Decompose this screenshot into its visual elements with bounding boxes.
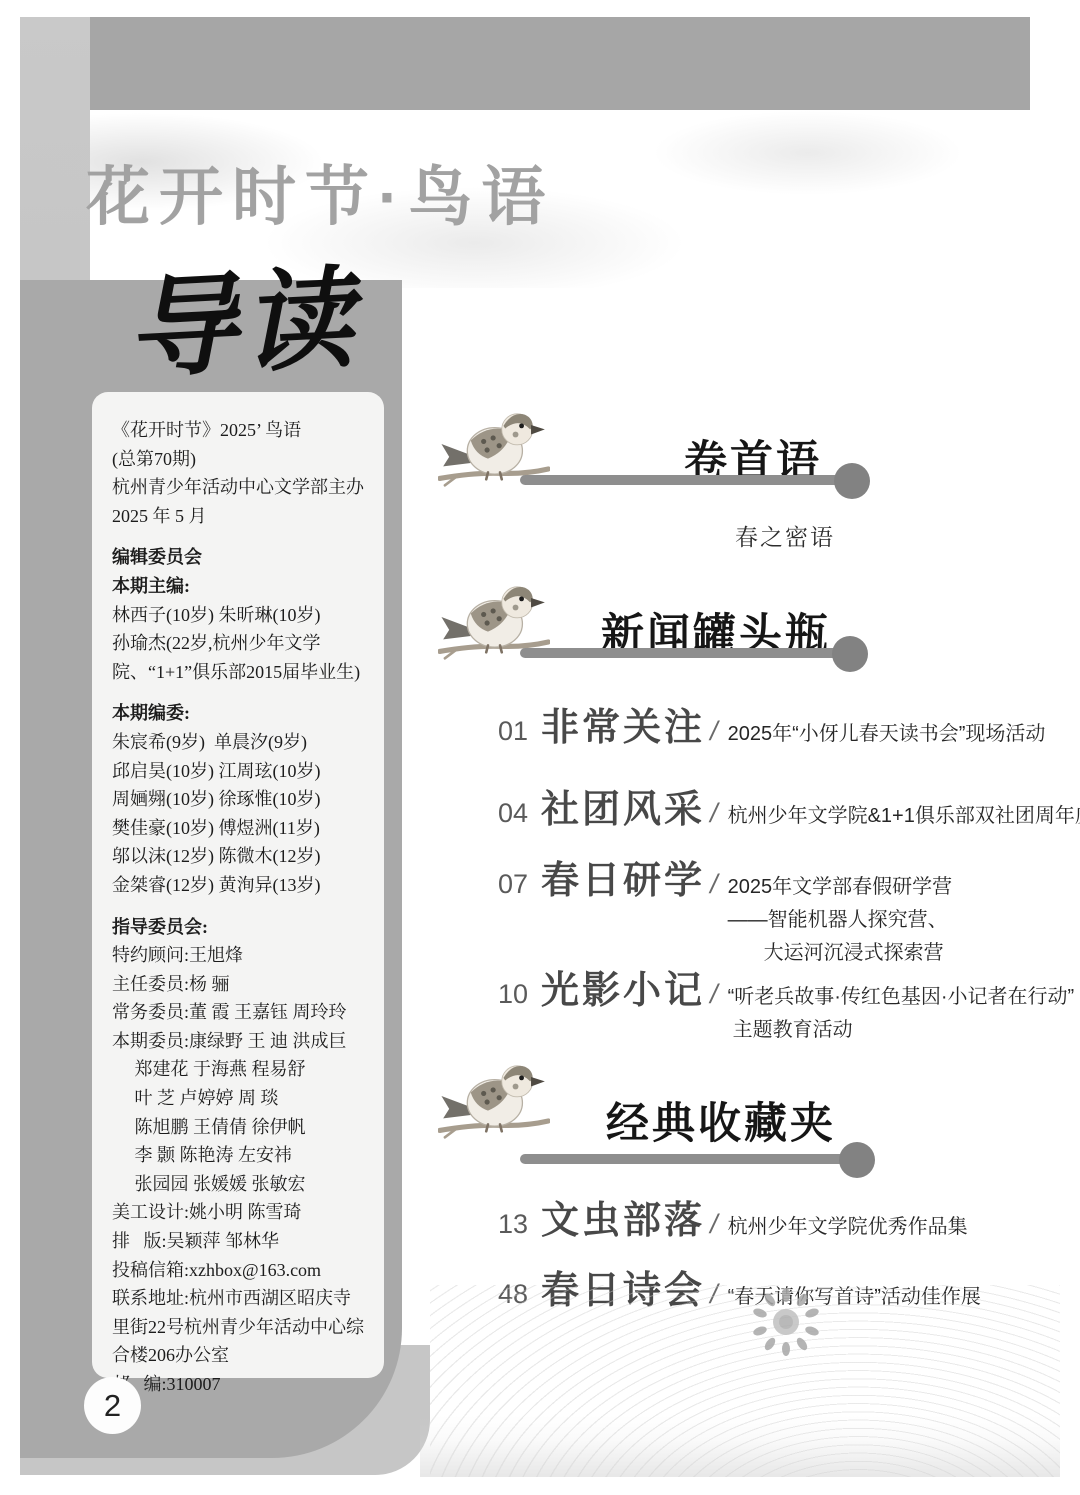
colophon-line: (总第70期) bbox=[112, 445, 374, 474]
colophon-line: 特约顾问:王旭烽 bbox=[112, 941, 374, 970]
colophon-line: 陈旭鹏 王倩倩 徐伊帆 bbox=[112, 1113, 374, 1142]
colophon-line: 投稿信箱:xzhbox@163.com bbox=[112, 1256, 374, 1285]
section-rule-dot bbox=[834, 463, 870, 499]
toc-entry: 10 光影小记 / “听老兵故事·传红色基因·小记者在行动” 主题教育活动 bbox=[498, 959, 1074, 1047]
section-rule bbox=[520, 648, 842, 658]
colophon-line: 邬以沫(12岁) 陈微木(12岁) bbox=[112, 842, 374, 871]
toc-page-number: 07 bbox=[498, 869, 528, 900]
toc-description: 杭州少年文学院优秀作品集 bbox=[728, 1211, 968, 1244]
colophon-line: 林西子(10岁) 朱昕琳(10岁) bbox=[112, 601, 374, 630]
colophon-line: 指导委员会: bbox=[112, 913, 374, 942]
colophon-line: 杭州青少年活动中心文学部主办 bbox=[112, 473, 374, 502]
colophon-line: 朱宸希(9岁) 单晨汐(9岁) bbox=[112, 728, 374, 757]
colophon-box: 《花开时节》2025’ 鸟语 (总第70期) 杭州青少年活动中心文学部主办 20… bbox=[92, 392, 384, 1378]
colophon-line: 编辑委员会 bbox=[112, 543, 374, 572]
toc-separator: / bbox=[710, 716, 718, 747]
colophon-line: 常务委员:董 霞 王嘉钰 周玲玲 bbox=[112, 998, 374, 1027]
toc-description-line: 杭州少年文学院&1+1俱乐部双社团周年庆 bbox=[728, 800, 1080, 833]
toc-separator: / bbox=[710, 979, 718, 1010]
toc-description-line: 2025年“小伢儿春天读书会”现场活动 bbox=[728, 718, 1046, 751]
flower-burst-icon bbox=[750, 1286, 822, 1358]
top-gray-band bbox=[90, 17, 1030, 110]
section-rule-dot bbox=[839, 1142, 875, 1178]
colophon-line: 金桀睿(12岁) 黄洵异(13岁) bbox=[112, 871, 374, 900]
toc-column-title: 文虫部落 bbox=[541, 1189, 705, 1244]
colophon-line: 联系地址:杭州市西湖区昭庆寺 bbox=[112, 1284, 374, 1313]
toc-page-number: 10 bbox=[498, 979, 528, 1010]
colophon-line: 樊佳豪(10岁) 傅煜洲(11岁) bbox=[112, 814, 374, 843]
page-number-badge: 2 bbox=[84, 1377, 141, 1434]
colophon-line: 2025 年 5 月 bbox=[112, 502, 374, 531]
toc-column-title: 非常关注 bbox=[541, 696, 705, 751]
colophon-line: 排 版:吴颖萍 邹林华 bbox=[112, 1227, 374, 1256]
colophon-line: 周婳翙(10岁) 徐琢惟(10岁) bbox=[112, 785, 374, 814]
preface-article-title: 春之密语 bbox=[735, 519, 835, 552]
toc-description-line: 2025年文学部春假研学营 bbox=[728, 871, 953, 904]
toc-column-title: 社团风采 bbox=[541, 778, 705, 833]
section-title-classics: 经典收藏夹 bbox=[606, 1090, 836, 1151]
toc-description: “听老兵故事·传红色基因·小记者在行动” 主题教育活动 bbox=[728, 981, 1075, 1047]
toc-column-title: 光影小记 bbox=[541, 959, 705, 1014]
section-rule bbox=[520, 475, 842, 485]
colophon-line: 叶 芝 卢婷婷 周 琰 bbox=[112, 1084, 374, 1113]
toc-page-number: 04 bbox=[498, 798, 528, 829]
toc-description: 2025年“小伢儿春天读书会”现场活动 bbox=[728, 718, 1046, 751]
colophon-line: 美工设计:姚小明 陈雪琦 bbox=[112, 1198, 374, 1227]
toc-entry: 04 社团风采 / 杭州少年文学院&1+1俱乐部双社团周年庆 bbox=[498, 778, 1080, 833]
sparrow-on-branch-icon bbox=[438, 1058, 550, 1140]
colophon-line: 院、“1+1”俱乐部2015届毕业生) bbox=[112, 658, 374, 687]
toc-description-line: ——智能机器人探究营、 bbox=[728, 904, 953, 937]
toc-separator: / bbox=[710, 869, 718, 900]
toc-page-number: 01 bbox=[498, 716, 528, 747]
toc-entry: 07 春日研学 / 2025年文学部春假研学营 ——智能机器人探究营、 大运河沉… bbox=[498, 849, 952, 970]
colophon-line: 本期主编: bbox=[112, 572, 374, 601]
page-title: 导读 bbox=[122, 230, 362, 400]
toc-description: 2025年文学部春假研学营 ——智能机器人探究营、 大运河沉浸式探索营 bbox=[728, 871, 953, 970]
colophon-line: 邱启昊(10岁) 江周玹(10岁) bbox=[112, 757, 374, 786]
colophon-line: 主任委员:杨 骊 bbox=[112, 970, 374, 999]
toc-separator: / bbox=[710, 798, 718, 829]
toc-description: 杭州少年文学院&1+1俱乐部双社团周年庆 bbox=[728, 800, 1080, 833]
colophon-line: 邮 编:310007 bbox=[112, 1370, 374, 1399]
colophon-line: 本期编委: bbox=[112, 699, 374, 728]
series-title: 花开时节·鸟语 bbox=[86, 146, 554, 238]
toc-description-line: 杭州少年文学院优秀作品集 bbox=[728, 1211, 968, 1244]
section-rule bbox=[520, 1154, 848, 1164]
mist-texture bbox=[420, 1415, 1060, 1477]
colophon-line: 本期委员:康绿野 王 迪 洪成巨 bbox=[112, 1027, 374, 1056]
toc-description-line: 主题教育活动 bbox=[728, 1014, 1075, 1047]
toc-description-line: “听老兵故事·传红色基因·小记者在行动” bbox=[728, 981, 1075, 1014]
colophon-line: 《花开时节》2025’ 鸟语 bbox=[112, 416, 374, 445]
toc-page-number: 13 bbox=[498, 1209, 528, 1240]
colophon-line: 张园园 张媛媛 张敏宏 bbox=[112, 1170, 374, 1199]
section-rule-dot bbox=[832, 636, 868, 672]
page-number: 2 bbox=[104, 1388, 121, 1424]
colophon-line: 李 颢 陈艳涛 左安祎 bbox=[112, 1141, 374, 1170]
colophon-line: 里街22号杭州青少年活动中心综 bbox=[112, 1313, 374, 1342]
colophon-line: 郑建花 于海燕 程易舒 bbox=[112, 1055, 374, 1084]
toc-separator: / bbox=[710, 1209, 718, 1240]
toc-column-title: 春日研学 bbox=[541, 849, 705, 904]
magazine-guide-page: 花开时节·鸟语 导读 《花开时节》2025’ 鸟语 (总第70期) 杭州青少年活… bbox=[0, 0, 1080, 1495]
toc-entry: 01 非常关注 / 2025年“小伢儿春天读书会”现场活动 bbox=[498, 696, 1045, 751]
colophon-line: 合楼206办公室 bbox=[112, 1341, 374, 1370]
toc-entry: 13 文虫部落 / 杭州少年文学院优秀作品集 bbox=[498, 1189, 968, 1244]
colophon-line: 孙瑜杰(22岁,杭州少年文学 bbox=[112, 629, 374, 658]
